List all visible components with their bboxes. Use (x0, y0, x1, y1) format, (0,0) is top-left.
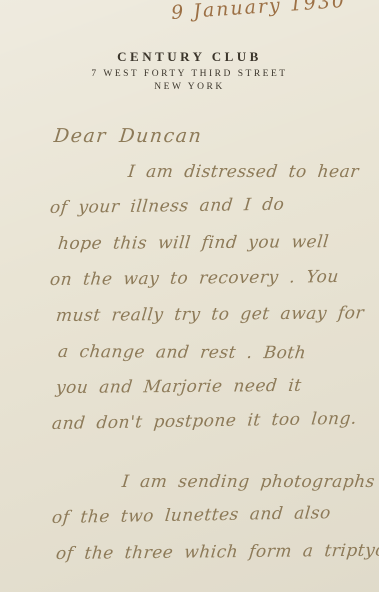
body-line: on the way to recovery . You (48, 259, 379, 298)
paragraph-2: I am sending photographs of the two lune… (0, 464, 379, 572)
letterhead-club-name: CENTURY CLUB (0, 49, 379, 65)
body-line: of the two lunettes and also (50, 494, 379, 536)
body-line: of the three which form a triptych (54, 533, 379, 572)
body-line: a change and rest . Both (56, 334, 379, 372)
letter-page: 9 January 1930 CENTURY CLUB 7 WEST FORTY… (0, 0, 379, 592)
letterhead-street-address: 7 WEST FORTY THIRD STREET (0, 69, 379, 79)
body-line: of your illness and I do (48, 185, 379, 226)
letter-body: Dear Duncan I am distressed to hear of y… (0, 118, 379, 572)
body-line: I am distressed to hear (126, 154, 379, 190)
body-line: and don't postpone it too long. (50, 400, 379, 442)
body-line: hope this will find you well (56, 224, 379, 262)
handwritten-date: 9 January 1930 (170, 0, 346, 24)
body-line: must really try to get away for (54, 295, 379, 334)
salutation: Dear Duncan (52, 118, 379, 154)
paragraph-1: I am distressed to hear of your illness … (0, 154, 379, 442)
letterhead-city: NEW YORK (0, 82, 379, 92)
letterhead: CENTURY CLUB 7 WEST FORTY THIRD STREET N… (0, 49, 379, 92)
